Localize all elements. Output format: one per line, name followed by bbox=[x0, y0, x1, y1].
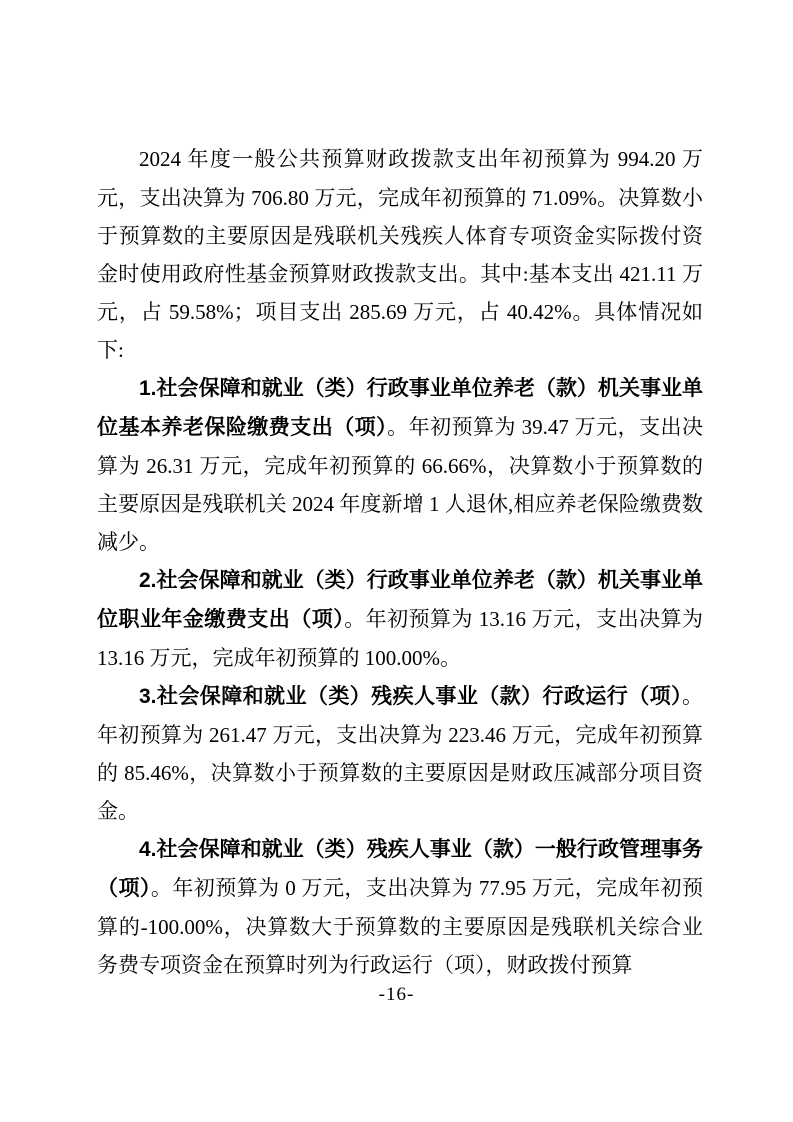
paragraph-item-2: 2.社会保障和就业（类）行政事业单位养老（款）机关事业单位职业年金缴费支出（项）… bbox=[97, 561, 703, 677]
paragraph-item-1: 1.社会保障和就业（类）行政事业单位养老（款）机关事业单位基本养老保险缴费支出（… bbox=[97, 369, 703, 561]
paragraph-item-4: 4.社会保障和就业（类）残疾人事业（款）一般行政管理事务（项）。年初预算为 0 … bbox=[97, 830, 703, 984]
document-body: 2024 年度一般公共预算财政拨款支出年初预算为 994.20 万元，支出决算为… bbox=[97, 140, 703, 984]
item-4-text: 。年初预算为 0 万元，支出决算为 77.95 万元，完成年初预算的-100.0… bbox=[97, 876, 703, 977]
paragraph-overview-text: 2024 年度一般公共预算财政拨款支出年初预算为 994.20 万元，支出决算为… bbox=[97, 147, 703, 362]
paragraph-overview: 2024 年度一般公共预算财政拨款支出年初预算为 994.20 万元，支出决算为… bbox=[97, 140, 703, 369]
item-3-heading: 3.社会保障和就业（类）残疾人事业（款）行政运行（项） bbox=[139, 685, 682, 708]
page-number: -16- bbox=[0, 984, 793, 1006]
document-page: 2024 年度一般公共预算财政拨款支出年初预算为 994.20 万元，支出决算为… bbox=[0, 0, 793, 1122]
paragraph-item-3: 3.社会保障和就业（类）残疾人事业（款）行政运行（项）。年初预算为 261.47… bbox=[97, 677, 703, 830]
